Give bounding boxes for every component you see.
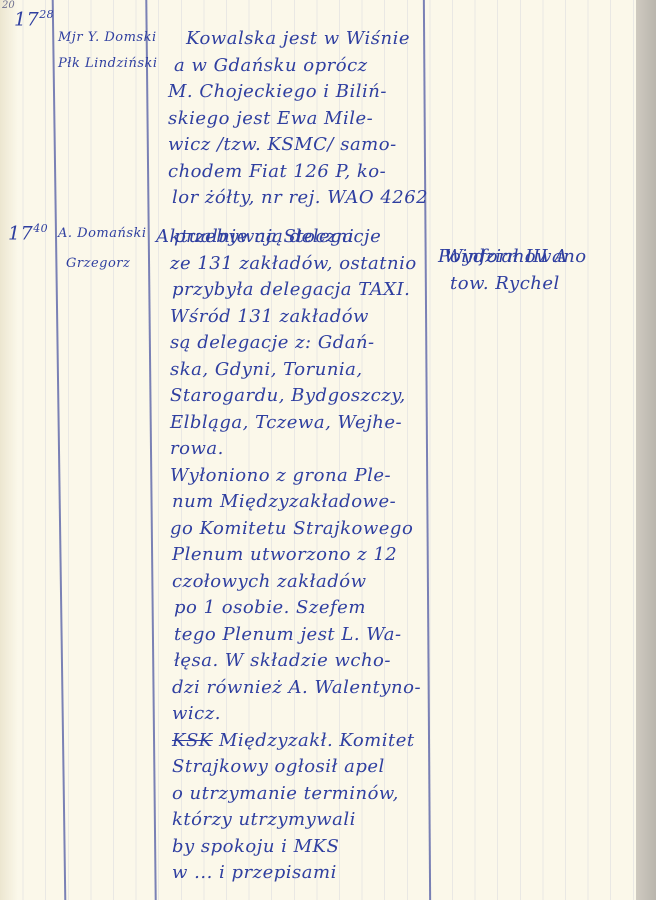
text-line: skiego jest Ewa Mile- <box>168 106 424 133</box>
text-line: w ... i przepisami <box>172 860 421 887</box>
entry-1-person-1: Mjr Y. Domski <box>58 30 157 45</box>
entry-2-person-2: Grzegorz <box>66 256 130 271</box>
corner-mark: 20 <box>2 0 15 11</box>
text-line: tego Plenum jest L. Wa- <box>174 622 423 649</box>
text-line: którzy utrzymywali <box>172 807 421 834</box>
entry-2-note: Poinformowano Wydział III A tow. Rychel <box>438 244 562 297</box>
text-line: by spokoju i MKS <box>172 834 421 861</box>
text-line: Starogardu, Bydgoszczy, <box>170 383 419 410</box>
text-line: czołowych zakładów <box>172 569 421 596</box>
text-line: chodem Fiat 126 P, ko- <box>168 159 424 186</box>
text-line: Plenum utworzono z 12 <box>172 542 421 569</box>
text-line: wicz /tzw. KSMC/ samo- <box>168 132 424 159</box>
time-minute: 40 <box>33 222 48 235</box>
entry-1-text: Kowalska jest w Wiśnie a w Gdańsku opróc… <box>168 26 424 212</box>
text-line: o utrzymanie terminów, <box>172 781 421 808</box>
text-line: rowa. <box>170 436 419 463</box>
text-line: M. Chojeckiego i Biliń- <box>168 79 424 106</box>
entry-2-person-1: A. Domański <box>58 226 147 241</box>
text-line: wicz. <box>172 701 421 728</box>
entry-1-time: 1728 <box>14 8 54 30</box>
text-line: ska, Gdyni, Torunia, <box>170 357 419 384</box>
time-minute: 28 <box>39 8 54 21</box>
text-line: dzi również A. Walentyno- <box>172 675 421 702</box>
text-line: Międzyzakł. Komitet <box>219 730 415 751</box>
text-line-with-strike: KSK Międzyzakł. Komitet <box>172 728 421 755</box>
struck-text: KSK <box>172 730 213 751</box>
text-line: a w Gdańsku oprócz <box>174 53 430 80</box>
entry-2-text: Aktualnie na Stoczni przebywają delegacj… <box>156 224 405 887</box>
entry-2-time: 1740 <box>8 222 48 244</box>
text-line: Strajkowy ogłosił apel <box>172 754 421 781</box>
text-line: ze 131 zakładów, ostatnio <box>170 251 419 278</box>
text-line: go Komitetu Strajkowego <box>170 516 419 543</box>
time-hour: 17 <box>8 222 33 244</box>
time-hour: 17 <box>14 8 39 30</box>
text-line: num Międzyzakładowe- <box>172 489 421 516</box>
text-line: Wśród 131 zakładów <box>170 304 419 331</box>
text-line: lor żółty, nr rej. WAO 4262 <box>172 185 428 212</box>
page-edge <box>636 0 656 900</box>
text-line: łęsa. W składzie wcho- <box>174 648 423 675</box>
text-line: po 1 osobie. Szefem <box>174 595 423 622</box>
page-binding-shadow <box>0 0 18 900</box>
text-line: przebywają delegacje <box>174 224 423 251</box>
text-line: są delegacje z: Gdań- <box>170 330 419 357</box>
text-line: Elbląga, Tczewa, Wejhe- <box>170 410 419 437</box>
note-line: tow. Rychel <box>450 271 574 298</box>
text-line: przybyła delegacja TAXI. <box>172 277 421 304</box>
text-line: Wyłoniono z grona Ple- <box>170 463 419 490</box>
entry-1-person-2: Płk Lindziński <box>58 56 158 71</box>
note-line: Wydział III A <box>444 244 568 271</box>
text-line: Kowalska jest w Wiśnie <box>186 26 442 53</box>
